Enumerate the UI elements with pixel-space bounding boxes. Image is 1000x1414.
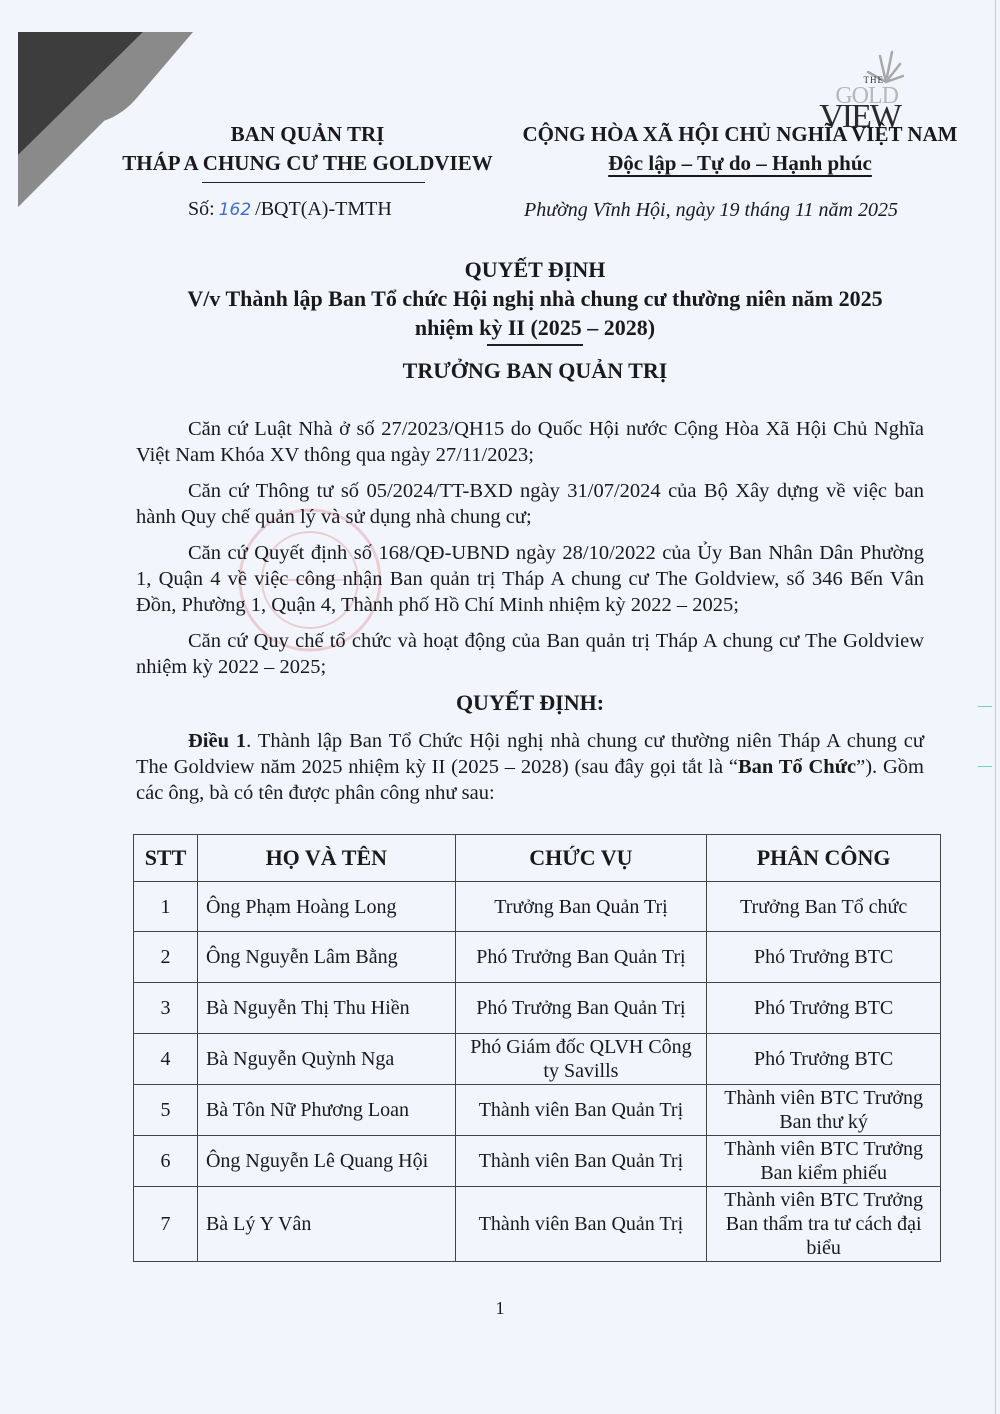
margin-mark xyxy=(978,706,992,707)
cell-stt: 2 xyxy=(134,932,198,983)
cell-stt: 3 xyxy=(134,983,198,1034)
cell-name: Ông Nguyễn Lê Quang Hội xyxy=(197,1136,455,1187)
preamble-paragraph: Căn cứ Quy chế tổ chức và hoạt động của … xyxy=(136,628,924,680)
cell-assignment: Trưởng Ban Tổ chức xyxy=(707,882,941,932)
col-header-stt: STT xyxy=(134,835,198,882)
table-row: 6 Ông Nguyễn Lê Quang Hội Thành viên Ban… xyxy=(134,1136,941,1187)
national-motto: Độc lập – Tự do – Hạnh phúc xyxy=(608,151,872,175)
cell-name: Ông Phạm Hoàng Long xyxy=(197,882,455,932)
title-subject-line-2: nhiệm kỳ II (2025 – 2028) xyxy=(100,313,970,342)
cell-stt: 1 xyxy=(134,882,198,932)
handwritten-number: 162 xyxy=(219,200,251,220)
margin-mark xyxy=(978,766,992,767)
document-number: Số:162/BQT(A)-TMTH xyxy=(188,198,392,221)
organizing-committee-table: STT HỌ VÀ TÊN CHỨC VỤ PHÂN CÔNG 1 Ông Ph… xyxy=(133,834,941,1262)
article-1-term: Ban Tổ Chức xyxy=(738,756,856,778)
cell-position: Trưởng Ban Quản Trị xyxy=(455,882,707,932)
title-subject-line-1: V/v Thành lập Ban Tổ chức Hội nghị nhà c… xyxy=(100,284,970,313)
cell-stt: 5 xyxy=(134,1085,198,1136)
table-row: 4 Bà Nguyễn Quỳnh Nga Phó Giám đốc QLVH … xyxy=(134,1034,941,1085)
table-row: 7 Bà Lý Y Vân Thành viên Ban Quản Trị Th… xyxy=(134,1187,941,1262)
document-page: THE GOLD VIEW BAN QUẢN TRỊ THÁP A CHUNG … xyxy=(0,0,1000,1414)
table-row: 1 Ông Phạm Hoàng Long Trưởng Ban Quản Tr… xyxy=(134,882,941,932)
preamble-paragraph: Căn cứ Quyết định số 168/QĐ-UBND ngày 28… xyxy=(136,540,924,618)
place-date: Phường Vĩnh Hội, ngày 19 tháng 11 năm 20… xyxy=(524,199,898,222)
cell-assignment: Thành viên BTC Trưởng Ban thẩm tra tư cá… xyxy=(707,1187,941,1262)
article-1-label: Điều 1 xyxy=(188,730,246,752)
cell-assignment: Thành viên BTC Trưởng Ban kiểm phiếu xyxy=(707,1136,941,1187)
table-row: 5 Bà Tôn Nữ Phương Loan Thành viên Ban Q… xyxy=(134,1085,941,1136)
table-row: 3 Bà Nguyễn Thị Thu Hiền Phó Trưởng Ban … xyxy=(134,983,941,1034)
cell-position: Phó Giám đốc QLVH Công ty Savills xyxy=(455,1034,707,1085)
table-header-row: STT HỌ VÀ TÊN CHỨC VỤ PHÂN CÔNG xyxy=(134,835,941,882)
goldview-logo: THE GOLD VIEW xyxy=(820,50,910,120)
cell-stt: 4 xyxy=(134,1034,198,1085)
cell-stt: 7 xyxy=(134,1187,198,1262)
cell-assignment: Phó Trưởng BTC xyxy=(707,983,941,1034)
issuing-organization: BAN QUẢN TRỊ THÁP A CHUNG CƯ THE GOLDVIE… xyxy=(105,120,510,178)
org-underline xyxy=(202,182,424,184)
cell-name: Ông Nguyễn Lâm Bằng xyxy=(197,932,455,983)
cell-assignment: Phó Trưởng BTC xyxy=(707,932,941,983)
col-header-name: HỌ VÀ TÊN xyxy=(197,835,455,882)
table-row: 2 Ông Nguyễn Lâm Bằng Phó Trưởng Ban Quả… xyxy=(134,932,941,983)
org-line-1: BAN QUẢN TRỊ xyxy=(105,120,510,149)
article-1: Điều 1. Thành lập Ban Tổ Chức Hội nghị n… xyxy=(136,728,924,806)
title-separator xyxy=(487,344,583,346)
cell-position: Thành viên Ban Quản Trị xyxy=(455,1187,707,1262)
col-header-position: CHỨC VỤ xyxy=(455,835,707,882)
cell-assignment: Thành viên BTC Trưởng Ban thư ký xyxy=(707,1085,941,1136)
document-body: Căn cứ Luật Nhà ở số 27/2023/QH15 do Quố… xyxy=(136,416,924,816)
cell-position: Phó Trưởng Ban Quản Trị xyxy=(455,983,707,1034)
cell-name: Bà Lý Y Vân xyxy=(197,1187,455,1262)
cell-assignment: Phó Trưởng BTC xyxy=(707,1034,941,1085)
cell-stt: 6 xyxy=(134,1136,198,1187)
decision-heading: QUYẾT ĐỊNH: xyxy=(136,690,924,716)
cell-name: Bà Nguyễn Quỳnh Nga xyxy=(197,1034,455,1085)
cell-name: Bà Nguyễn Thị Thu Hiền xyxy=(197,983,455,1034)
title-heading: QUYẾT ĐỊNH xyxy=(100,255,970,284)
issuing-authority: TRƯỞNG BAN QUẢN TRỊ xyxy=(100,356,970,385)
page-number: 1 xyxy=(0,1298,1000,1319)
col-header-assignment: PHÂN CÔNG xyxy=(707,835,941,882)
org-line-2: THÁP A CHUNG CƯ THE GOLDVIEW xyxy=(122,149,492,178)
cell-name: Bà Tôn Nữ Phương Loan xyxy=(197,1085,455,1136)
cell-position: Thành viên Ban Quản Trị xyxy=(455,1085,707,1136)
page-edge xyxy=(995,0,996,1414)
country-name: CỘNG HÒA XÃ HỘI CHỦ NGHĨA VIỆT NAM xyxy=(492,120,988,149)
national-header: CỘNG HÒA XÃ HỘI CHỦ NGHĨA VIỆT NAM Độc l… xyxy=(492,120,988,178)
decision-title: QUYẾT ĐỊNH V/v Thành lập Ban Tổ chức Hội… xyxy=(100,255,970,385)
cell-position: Phó Trưởng Ban Quản Trị xyxy=(455,932,707,983)
preamble-paragraph: Căn cứ Thông tư số 05/2024/TT-BXD ngày 3… xyxy=(136,478,924,530)
cell-position: Thành viên Ban Quản Trị xyxy=(455,1136,707,1187)
preamble-paragraph: Căn cứ Luật Nhà ở số 27/2023/QH15 do Quố… xyxy=(136,416,924,468)
